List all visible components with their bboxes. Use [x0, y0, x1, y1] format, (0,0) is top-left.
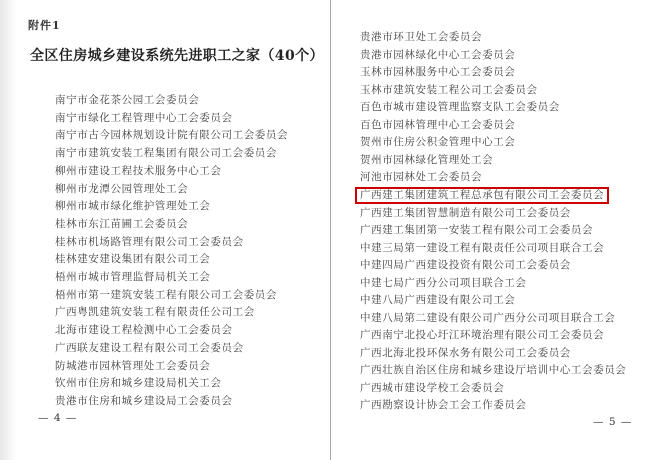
- list-item: 玉林市建筑安装工程公司工会委员会: [360, 82, 626, 100]
- item-text: 玉林市建筑安装工程公司工会委员会: [360, 84, 538, 96]
- item-text: 贺州市园林绿化管理处工会: [360, 154, 493, 166]
- list-item: 河池市园林处工会委员会: [360, 169, 626, 187]
- item-text: 百色市园林管理中心工会委员会: [360, 119, 515, 131]
- item-text: 南宁市绿化工程管理中心工会委员会: [55, 112, 233, 124]
- page-divider: [330, 0, 331, 460]
- list-item: 中建四局广西建设投资有限公司工会委员会: [360, 257, 626, 275]
- list-item: 梧州市第一建筑安装工程有限公司工会委员会: [55, 287, 288, 305]
- item-text: 钦州市住房和城乡建设局机关工会: [55, 377, 222, 389]
- item-text: 广西南宁北投心圩江环境治理有限公司工会委员会: [360, 329, 604, 341]
- list-item: 广西城市建设学校工会委员会: [360, 380, 626, 398]
- list-item: 贵港市住房和城乡建设局工会委员会: [55, 393, 288, 411]
- item-text: 贵港市园林绿化中心工会委员会: [360, 49, 515, 61]
- list-item: 中建三局第一建设工程有限责任公司项目联合工会: [360, 240, 626, 258]
- list-item: 广西建工集团第一安装工程有限公司工会委员会: [360, 222, 626, 240]
- list-item: 柳州市龙潭公园管理处工会: [55, 181, 288, 199]
- left-page-list: 南宁市金花茶公园工会委员会南宁市绿化工程管理中心工会委员会南宁市古今园林规划设计…: [55, 92, 288, 411]
- list-item: 防城港市园林管理处工会委员会: [55, 358, 288, 376]
- page-title: 全区住房城乡建设系统先进职工之家（40个）: [30, 45, 324, 65]
- item-text: 广西建工集团智慧制造有限公司工会委员会: [360, 207, 571, 219]
- right-page-list: 贵港市环卫处工会委员会贵港市园林绿化中心工会委员会玉林市园林服务中心工会委员会玉…: [360, 29, 626, 415]
- item-text: 贵港市环卫处工会委员会: [360, 31, 482, 43]
- item-text: 中建八局广西建设有限公司工会: [360, 294, 515, 306]
- item-text: 桂林市机场路管理有限公司工会委员会: [55, 236, 244, 248]
- item-text: 桂林市东江苗圃工会委员会: [55, 218, 188, 230]
- item-text: 中建三局第一建设工程有限责任公司项目联合工会: [360, 242, 604, 254]
- list-item: 广西粤凯建筑安装工程有限责任公司工会: [55, 304, 288, 322]
- item-text: 贺州市住房公积金管理中心工会: [360, 136, 515, 148]
- item-text: 广西粤凯建筑安装工程有限责任公司工会: [55, 306, 255, 318]
- list-item: 百色市园林管理中心工会委员会: [360, 117, 626, 135]
- item-text: 中建八局第二建设有限公司广西分公司项目联合工会: [360, 312, 615, 324]
- list-item: 广西勘察设计协会工会工作委员会: [360, 397, 626, 415]
- item-text: 防城港市园林管理处工会委员会: [55, 360, 210, 372]
- list-item: 广西联友建设工程有限公司工会委员会: [55, 340, 288, 358]
- item-text: 广西建工集团第一安装工程有限公司工会委员会: [360, 224, 593, 236]
- item-text: 河池市园林处工会委员会: [360, 171, 482, 183]
- item-text: 柳州市城市绿化维护管理处工会: [55, 200, 210, 212]
- list-item: 百色市城市建设管理监察支队工会委员会: [360, 99, 626, 117]
- list-item: 广西南宁北投心圩江环境治理有限公司工会委员会: [360, 327, 626, 345]
- list-item: 中建八局第二建设有限公司广西分公司项目联合工会: [360, 310, 626, 328]
- list-item: 南宁市绿化工程管理中心工会委员会: [55, 110, 288, 128]
- item-text: 柳州市建设工程技术服务中心工会: [55, 165, 222, 177]
- item-text: 桂林建安建设集团有限公司工会: [55, 253, 210, 265]
- list-item: 桂林市机场路管理有限公司工会委员会: [55, 234, 288, 252]
- list-item: 南宁市建筑安装工程集团有限公司工会委员会: [55, 145, 288, 163]
- list-item: 桂林市东江苗圃工会委员会: [55, 216, 288, 234]
- item-text: 广西北海北投环保水务有限公司工会委员会: [360, 347, 571, 359]
- item-text: 南宁市古今园林规划设计院有限公司工会委员会: [55, 129, 288, 141]
- item-text: 贵港市住房和城乡建设局工会委员会: [55, 395, 233, 407]
- list-item: 广西壮族自治区住房和城乡建设厅培训中心工会委员会: [360, 362, 626, 380]
- scan-edge-shade: [0, 0, 16, 460]
- item-text: 广西联友建设工程有限公司工会委员会: [55, 342, 244, 354]
- item-text: 广西壮族自治区住房和城乡建设厅培训中心工会委员会: [360, 364, 626, 376]
- list-item: 北海市建设工程检测中心工会委员会: [55, 322, 288, 340]
- page-number-right: — 5 —: [593, 416, 632, 428]
- item-text: 广西城市建设学校工会委员会: [360, 382, 504, 394]
- list-item: 梧州市城市管理监督局机关工会: [55, 269, 288, 287]
- list-item: 南宁市古今园林规划设计院有限公司工会委员会: [55, 127, 288, 145]
- list-item: 贺州市园林绿化管理处工会: [360, 152, 626, 170]
- item-text: 梧州市城市管理监督局机关工会: [55, 271, 210, 283]
- item-text: 南宁市建筑安装工程集团有限公司工会委员会: [55, 147, 277, 159]
- item-text: 中建七局广西分公司项目联合工会: [360, 277, 527, 289]
- item-text: 广西勘察设计协会工会工作委员会: [360, 399, 527, 411]
- item-text: 百色市城市建设管理监察支队工会委员会: [360, 101, 560, 113]
- list-item: 广西建工集团建筑工程总承包有限公司工会委员会: [360, 187, 626, 205]
- item-text: 柳州市龙潭公园管理处工会: [55, 183, 188, 195]
- list-item: 柳州市建设工程技术服务中心工会: [55, 163, 288, 181]
- list-item: 柳州市城市绿化维护管理处工会: [55, 198, 288, 216]
- list-item: 玉林市园林服务中心工会委员会: [360, 64, 626, 82]
- attachment-label: 附件1: [28, 17, 61, 33]
- list-item: 钦州市住房和城乡建设局机关工会: [55, 375, 288, 393]
- highlighted-item-text: 广西建工集团建筑工程总承包有限公司工会委员会: [355, 187, 609, 204]
- document-spread: 附件1 全区住房城乡建设系统先进职工之家（40个） 南宁市金花茶公园工会委员会南…: [0, 0, 650, 460]
- page-number-left: — 4 —: [38, 412, 77, 424]
- list-item: 贵港市园林绿化中心工会委员会: [360, 47, 626, 65]
- list-item: 贺州市住房公积金管理中心工会: [360, 134, 626, 152]
- list-item: 南宁市金花茶公园工会委员会: [55, 92, 288, 110]
- list-item: 广西北海北投环保水务有限公司工会委员会: [360, 345, 626, 363]
- item-text: 南宁市金花茶公园工会委员会: [55, 94, 199, 106]
- list-item: 贵港市环卫处工会委员会: [360, 29, 626, 47]
- list-item: 广西建工集团智慧制造有限公司工会委员会: [360, 205, 626, 223]
- list-item: 中建八局广西建设有限公司工会: [360, 292, 626, 310]
- item-text: 梧州市第一建筑安装工程有限公司工会委员会: [55, 289, 277, 301]
- item-text: 玉林市园林服务中心工会委员会: [360, 66, 515, 78]
- item-text: 中建四局广西建设投资有限公司工会委员会: [360, 259, 571, 271]
- list-item: 中建七局广西分公司项目联合工会: [360, 275, 626, 293]
- item-text: 北海市建设工程检测中心工会委员会: [55, 324, 233, 336]
- list-item: 桂林建安建设集团有限公司工会: [55, 251, 288, 269]
